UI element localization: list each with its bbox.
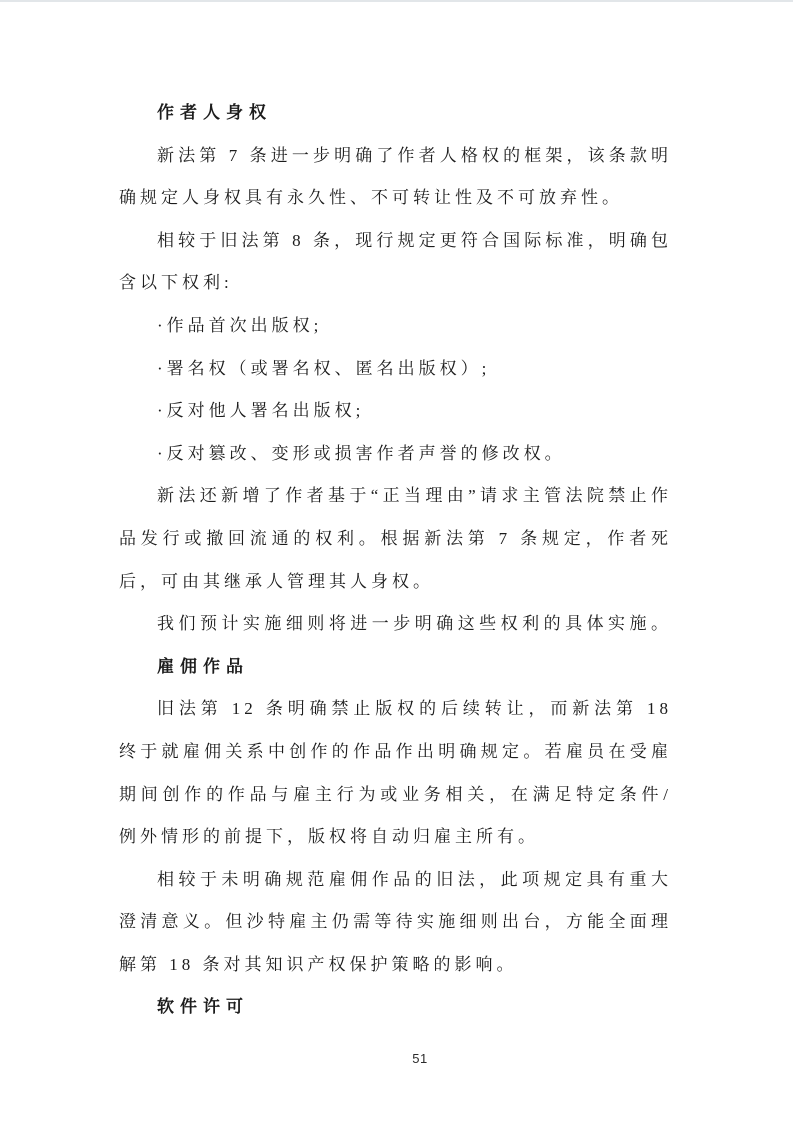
text-line: 新法第 7 条进一步明确了作者人格权的框架，该条款明: [119, 135, 672, 178]
text-line: 终于就雇佣关系中创作的作品作出明确规定。若雇员在受雇: [119, 731, 672, 774]
document-body: 作者人身权新法第 7 条进一步明确了作者人格权的框架，该条款明确规定人身权具有永…: [119, 92, 672, 1029]
text-line: ·反对他人署名出版权;: [119, 390, 672, 433]
text-line: ·反对篡改、变形或损害作者声誉的修改权。: [119, 433, 672, 476]
document-page: 作者人身权新法第 7 条进一步明确了作者人格权的框架，该条款明确规定人身权具有永…: [0, 0, 793, 1122]
text-line: 品发行或撤回流通的权利。根据新法第 7 条规定，作者死亡: [119, 518, 672, 561]
text-line: ·作品首次出版权;: [119, 305, 672, 348]
text-line: 确规定人身权具有永久性、不可转让性及不可放弃性。: [119, 177, 672, 220]
section-heading: 雇佣作品: [119, 646, 672, 689]
text-line: 相较于未明确规范雇佣作品的旧法，此项规定具有重大: [119, 859, 672, 902]
text-line: 新法还新增了作者基于“正当理由”请求主管法院禁止作: [119, 475, 672, 518]
text-line: 后，可由其继承人管理其人身权。: [119, 561, 672, 604]
section-heading: 软件许可: [119, 986, 672, 1029]
text-line: 例外情形的前提下，版权将自动归雇主所有。: [119, 816, 672, 859]
text-line: 澄清意义。但沙特雇主仍需等待实施细则出台，方能全面理: [119, 901, 672, 944]
text-line: 我们预计实施细则将进一步明确这些权利的具体实施。: [119, 603, 672, 646]
text-line: 相较于旧法第 8 条，现行规定更符合国际标准，明确包: [119, 220, 672, 263]
text-line: 期间创作的作品与雇主行为或业务相关，在满足特定条件/: [119, 774, 672, 817]
text-line: 解第 18 条对其知识产权保护策略的影响。: [119, 944, 672, 987]
text-line: 含以下权利:: [119, 262, 672, 305]
text-line: 旧法第 12 条明确禁止版权的后续转让，而新法第 18 条: [119, 688, 672, 731]
section-heading: 作者人身权: [119, 92, 672, 135]
page-number: 51: [412, 1051, 427, 1066]
text-line: ·署名权（或署名权、匿名出版权）;: [119, 348, 672, 391]
